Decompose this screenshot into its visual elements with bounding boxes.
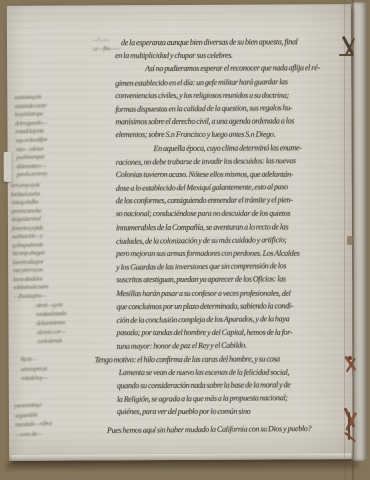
handwritten-line: quiénes, para ver del pueblo por lo comú… (117, 405, 323, 419)
manuscript-photo: —º ——s.r — fha —— se añade q.e lamisión … (0, 0, 370, 480)
handwritten-line: Así no pudieramos esperar el reconocer q… (145, 62, 321, 76)
marginal-note-group: otrosí — q.e seremita el estadode las mi… (36, 301, 68, 347)
handwritten-line: so nacional; conduciéndose para no descu… (116, 207, 322, 221)
handwritten-line: y los Guardas de las inversiones que sin… (116, 259, 322, 274)
handwritten-line: Lamenta se vean de nuevo las escenas de … (119, 365, 323, 379)
handwritten-line: En aquella época, cuyo clima determinó l… (154, 141, 322, 155)
handwritten-line: de la esperanza aunque bien diversas de … (121, 35, 321, 49)
marginal-note-line: sup.or de califor- (16, 136, 49, 146)
handwritten-line: Pues hemos aquí sin haber mudado la Cali… (107, 422, 323, 437)
marginal-note-line: mandado — rúbr.a (15, 420, 52, 431)
handwritten-line: Tengo motivo: el hilo confirma de las ca… (95, 352, 323, 366)
binding-stitch-icon (339, 54, 354, 56)
handwritten-line: ciudades, de la colonización y de su más… (116, 233, 322, 248)
handwritten-line: elementos; sobre S.n Francisco y luego a… (115, 128, 321, 142)
handwritten-line: Mesillas harán pasar a su confesor a vec… (116, 286, 322, 300)
marginal-note-group: Rp.ta —se tuvo pres.teen la de hoy — (20, 355, 47, 384)
marginal-note-line: la comp.a hagan (12, 249, 47, 258)
handwritten-line: innumerables de la Compañía, se aventura… (116, 220, 322, 234)
page-edge-tab (4, 152, 12, 182)
handwritten-line: de los conformes, consiguiendo enmendar … (116, 194, 322, 208)
handwritten-line: suscritos atestiguan, puedan ya aparecer… (116, 273, 322, 287)
handwritten-line: ción de la conclusión compleja de los Ap… (116, 312, 322, 327)
main-text-block: de la esperanza aunque bien diversas de … (115, 35, 323, 437)
binding-stitch-icon (347, 236, 353, 245)
handwritten-line: Colonias tuvieron acaso. Nótese ellos mi… (116, 167, 322, 181)
marginal-note-line: con lo demás (37, 337, 67, 347)
binding-stitch-icon (348, 356, 352, 360)
handwritten-line: formas dispuestas en la calidad de la qu… (115, 101, 321, 116)
handwritten-line: raciones, no debe trabarse de invadir lo… (116, 153, 322, 168)
marginal-note-group: se añade q.e lamisión de s.n car-los y d… (14, 93, 50, 180)
marginal-note-line: su situación — y (12, 232, 47, 241)
handwritten-line: conveniencias civiles, y los religiosos … (115, 88, 321, 102)
marginal-note-line: — conc.da — (15, 430, 52, 441)
handwritten-line: manísimos sobre el derecho civil, a una … (115, 114, 321, 128)
page-bottom-edge (11, 453, 351, 461)
handwritten-line: en la multiplicidad y chupar sus celebre… (115, 49, 321, 63)
handwritten-line: gimen establecido en el día: un gefe mil… (115, 74, 321, 89)
handwritten-line: tuna mayor: honor de paz el Rey y el Cab… (117, 338, 323, 353)
handwritten-line: dose a lo establecido del Mexiquí galant… (116, 180, 322, 195)
marginal-note-line: soldados de cuera (13, 283, 48, 292)
binding-gutter (334, 0, 370, 480)
marginal-note-line: por el s.or virrey (17, 171, 50, 181)
marginal-note-group: de n.a esp.a y dela r.l aud.a se havisto… (10, 181, 48, 301)
marginal-note-group: y se acordó q.ese guarde lomandado — rúb… (14, 401, 52, 440)
marginal-note-line: mar y tierra con (13, 266, 48, 275)
manuscript-page: —º ——s.r — fha —— se añade q.e lamisión … (7, 4, 353, 461)
marginal-note-line: en la de hoy — (21, 374, 48, 384)
page-drop-shadow (6, 462, 358, 469)
marginal-note-line: — fha ut supra — (13, 292, 48, 301)
